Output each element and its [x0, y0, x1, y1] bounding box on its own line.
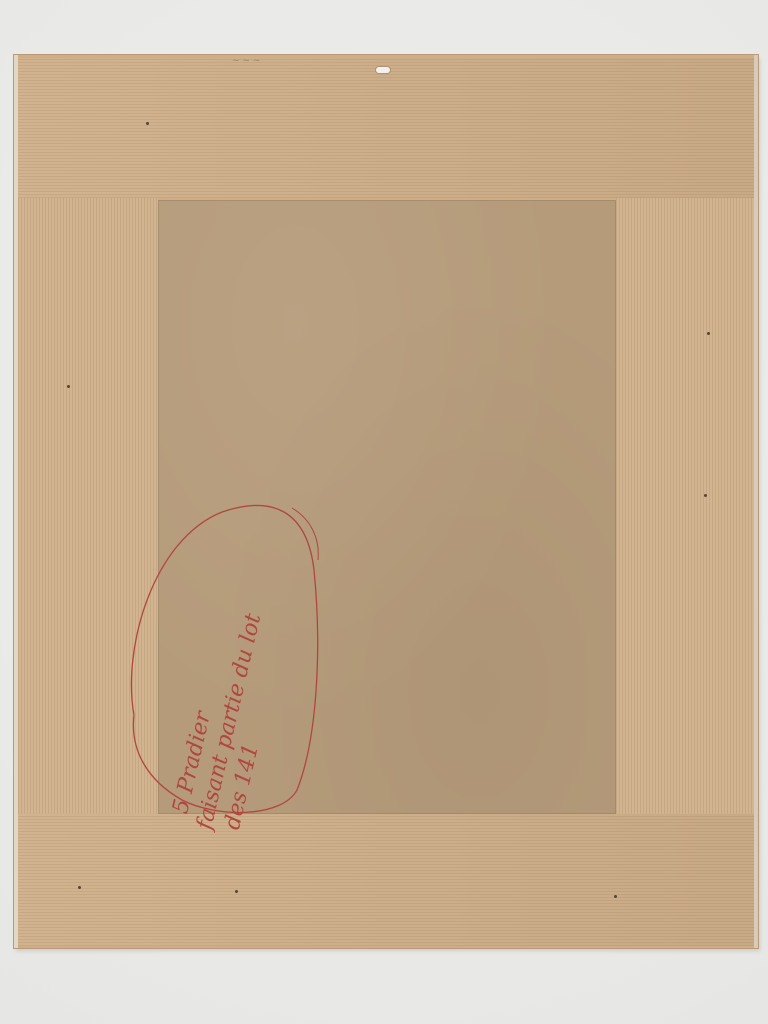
pencil-mark: ~ ~ ~	[232, 56, 260, 66]
nail-hole	[67, 385, 70, 388]
kraft-tape-top	[18, 58, 754, 198]
nail-hole	[704, 494, 707, 497]
frame-edge-right	[754, 55, 758, 948]
nail-hole	[146, 122, 149, 125]
kraft-tape-right	[616, 198, 754, 814]
nail-hole	[78, 886, 81, 889]
hanging-ring-icon	[376, 67, 390, 73]
nail-hole	[707, 332, 710, 335]
nail-hole	[614, 895, 617, 898]
nail-hole	[235, 890, 238, 893]
kraft-tape-bottom	[18, 814, 754, 946]
